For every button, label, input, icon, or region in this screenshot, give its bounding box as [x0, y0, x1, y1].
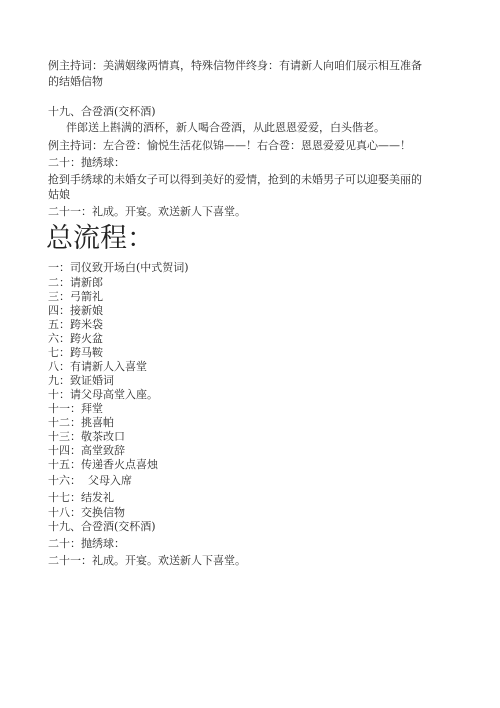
host-speech-line: 例主持词：美满姻缘两情真，特殊信物伴终身：有请新人向咱们展示相互准备: [48, 59, 422, 73]
process-item: 二：请新郎: [48, 276, 103, 290]
process-item: 四：接新娘: [48, 304, 103, 318]
process-item: 二十：抛绣球：: [48, 537, 125, 551]
process-item: 二十一：礼成。开宴。欢送新人下喜堂。: [48, 554, 246, 568]
step-description: 姑娘: [48, 188, 70, 202]
process-item: 十二：挑喜帕: [48, 416, 114, 430]
host-speech-line: 例主持词：左合卺：愉悦生活花似锦——！右合卺：恩恩爱爱见真心——！: [48, 139, 411, 153]
step-description: 伴郎送上斟满的酒杯，新人喝合卺酒，从此恩恩爱爱，白头偕老。: [66, 121, 385, 135]
process-item: 五：跨米袋: [48, 318, 103, 332]
process-item: 六：跨火盆: [48, 332, 103, 346]
step-title: 二十：抛绣球：: [48, 156, 125, 170]
process-item: 十：请父母高堂入座。: [48, 388, 158, 402]
step-title: 十九、合卺酒(交杯酒): [48, 105, 156, 119]
process-item: 十五：传递香火点喜烛: [48, 458, 158, 472]
process-item: 十三：敬茶改口: [48, 430, 125, 444]
step-description: 抢到手绣球的未婚女子可以得到美好的爱情，抢到的未婚男子可以迎娶美丽的: [48, 173, 422, 187]
host-speech-line: 的结婚信物: [48, 75, 103, 89]
process-item: 八：有请新人入喜堂: [48, 360, 147, 374]
process-item: 十九、合卺酒(交杯酒): [48, 520, 156, 534]
step-title: 二十一：礼成。开宴。欢送新人下喜堂。: [48, 205, 246, 219]
process-item: 十一：拜堂: [48, 402, 103, 416]
process-item: 七：跨马鞍: [48, 346, 103, 360]
process-item: 十四：高堂致辞: [48, 444, 125, 458]
page-heading: 总流程：: [46, 222, 154, 256]
process-item: 一：司仪致开场白(中式贺词): [48, 261, 189, 275]
process-item: 三：弓箭礼: [48, 290, 103, 304]
process-item: 九：致证婚词: [48, 374, 114, 388]
process-item: 十七：结发礼: [48, 491, 114, 505]
process-item: 十六： 父母入席: [48, 474, 132, 488]
process-item: 十八：交换信物: [48, 506, 125, 520]
